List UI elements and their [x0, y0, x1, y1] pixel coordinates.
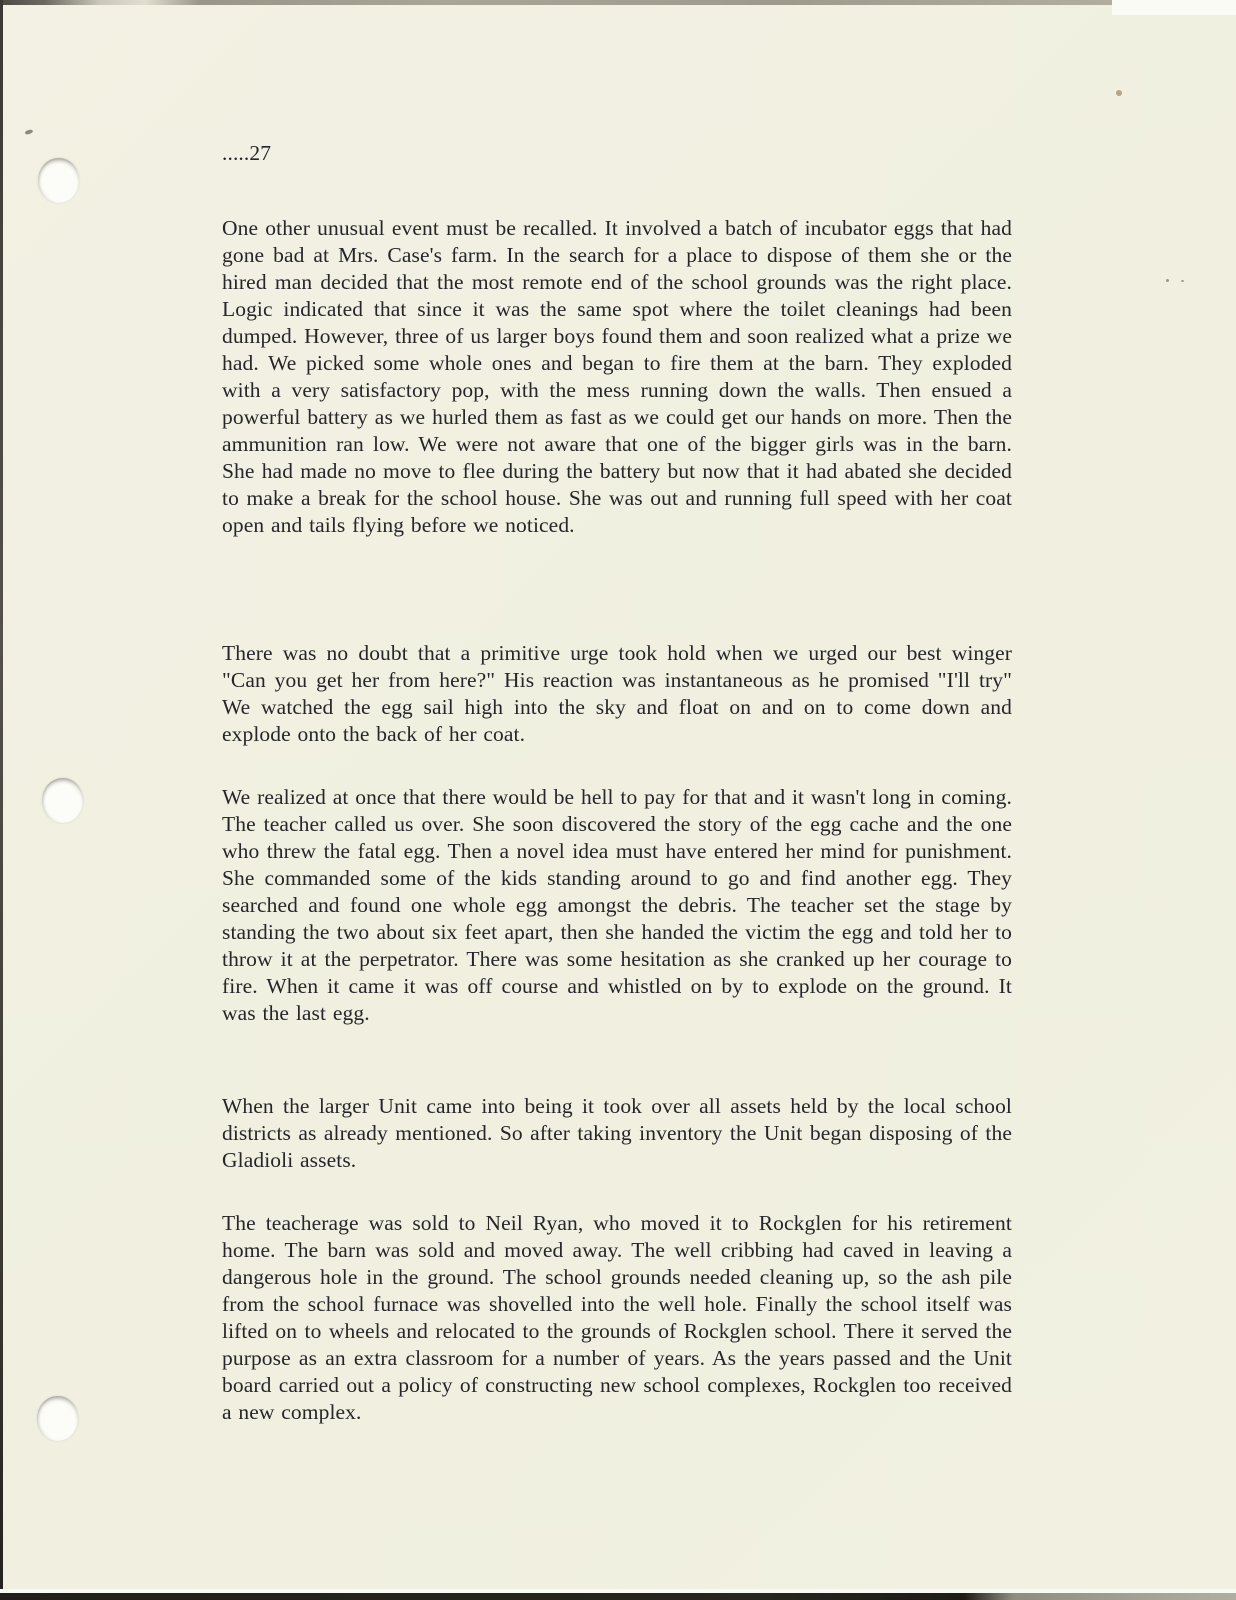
body-paragraph: When the larger Unit came into being it …: [222, 1093, 1012, 1174]
hole-punch-bottom: [37, 1396, 78, 1441]
dust-speck: [1116, 90, 1122, 96]
page-number: .....27: [222, 140, 422, 167]
scan-edge-left: [0, 0, 3, 1600]
body-paragraph: We realized at once that there would be …: [222, 784, 1012, 1027]
dust-speck: [1166, 279, 1169, 282]
body-paragraph: One other unusual event must be recalled…: [222, 215, 1012, 539]
dust-speck: [25, 129, 34, 135]
scanned-page: .....27 One other unusual event must be …: [0, 0, 1236, 1600]
scan-edge-top: [0, 0, 1114, 5]
hole-punch-middle: [42, 778, 83, 823]
dust-speck: [1181, 280, 1184, 282]
scan-edge-bottom: [0, 1593, 1236, 1600]
body-paragraph: There was no doubt that a primitive urge…: [222, 640, 1012, 748]
scan-bed-corner-top-right: [1112, 0, 1236, 15]
hole-punch-top: [38, 158, 79, 203]
body-paragraph: The teacherage was sold to Neil Ryan, wh…: [222, 1210, 1012, 1426]
